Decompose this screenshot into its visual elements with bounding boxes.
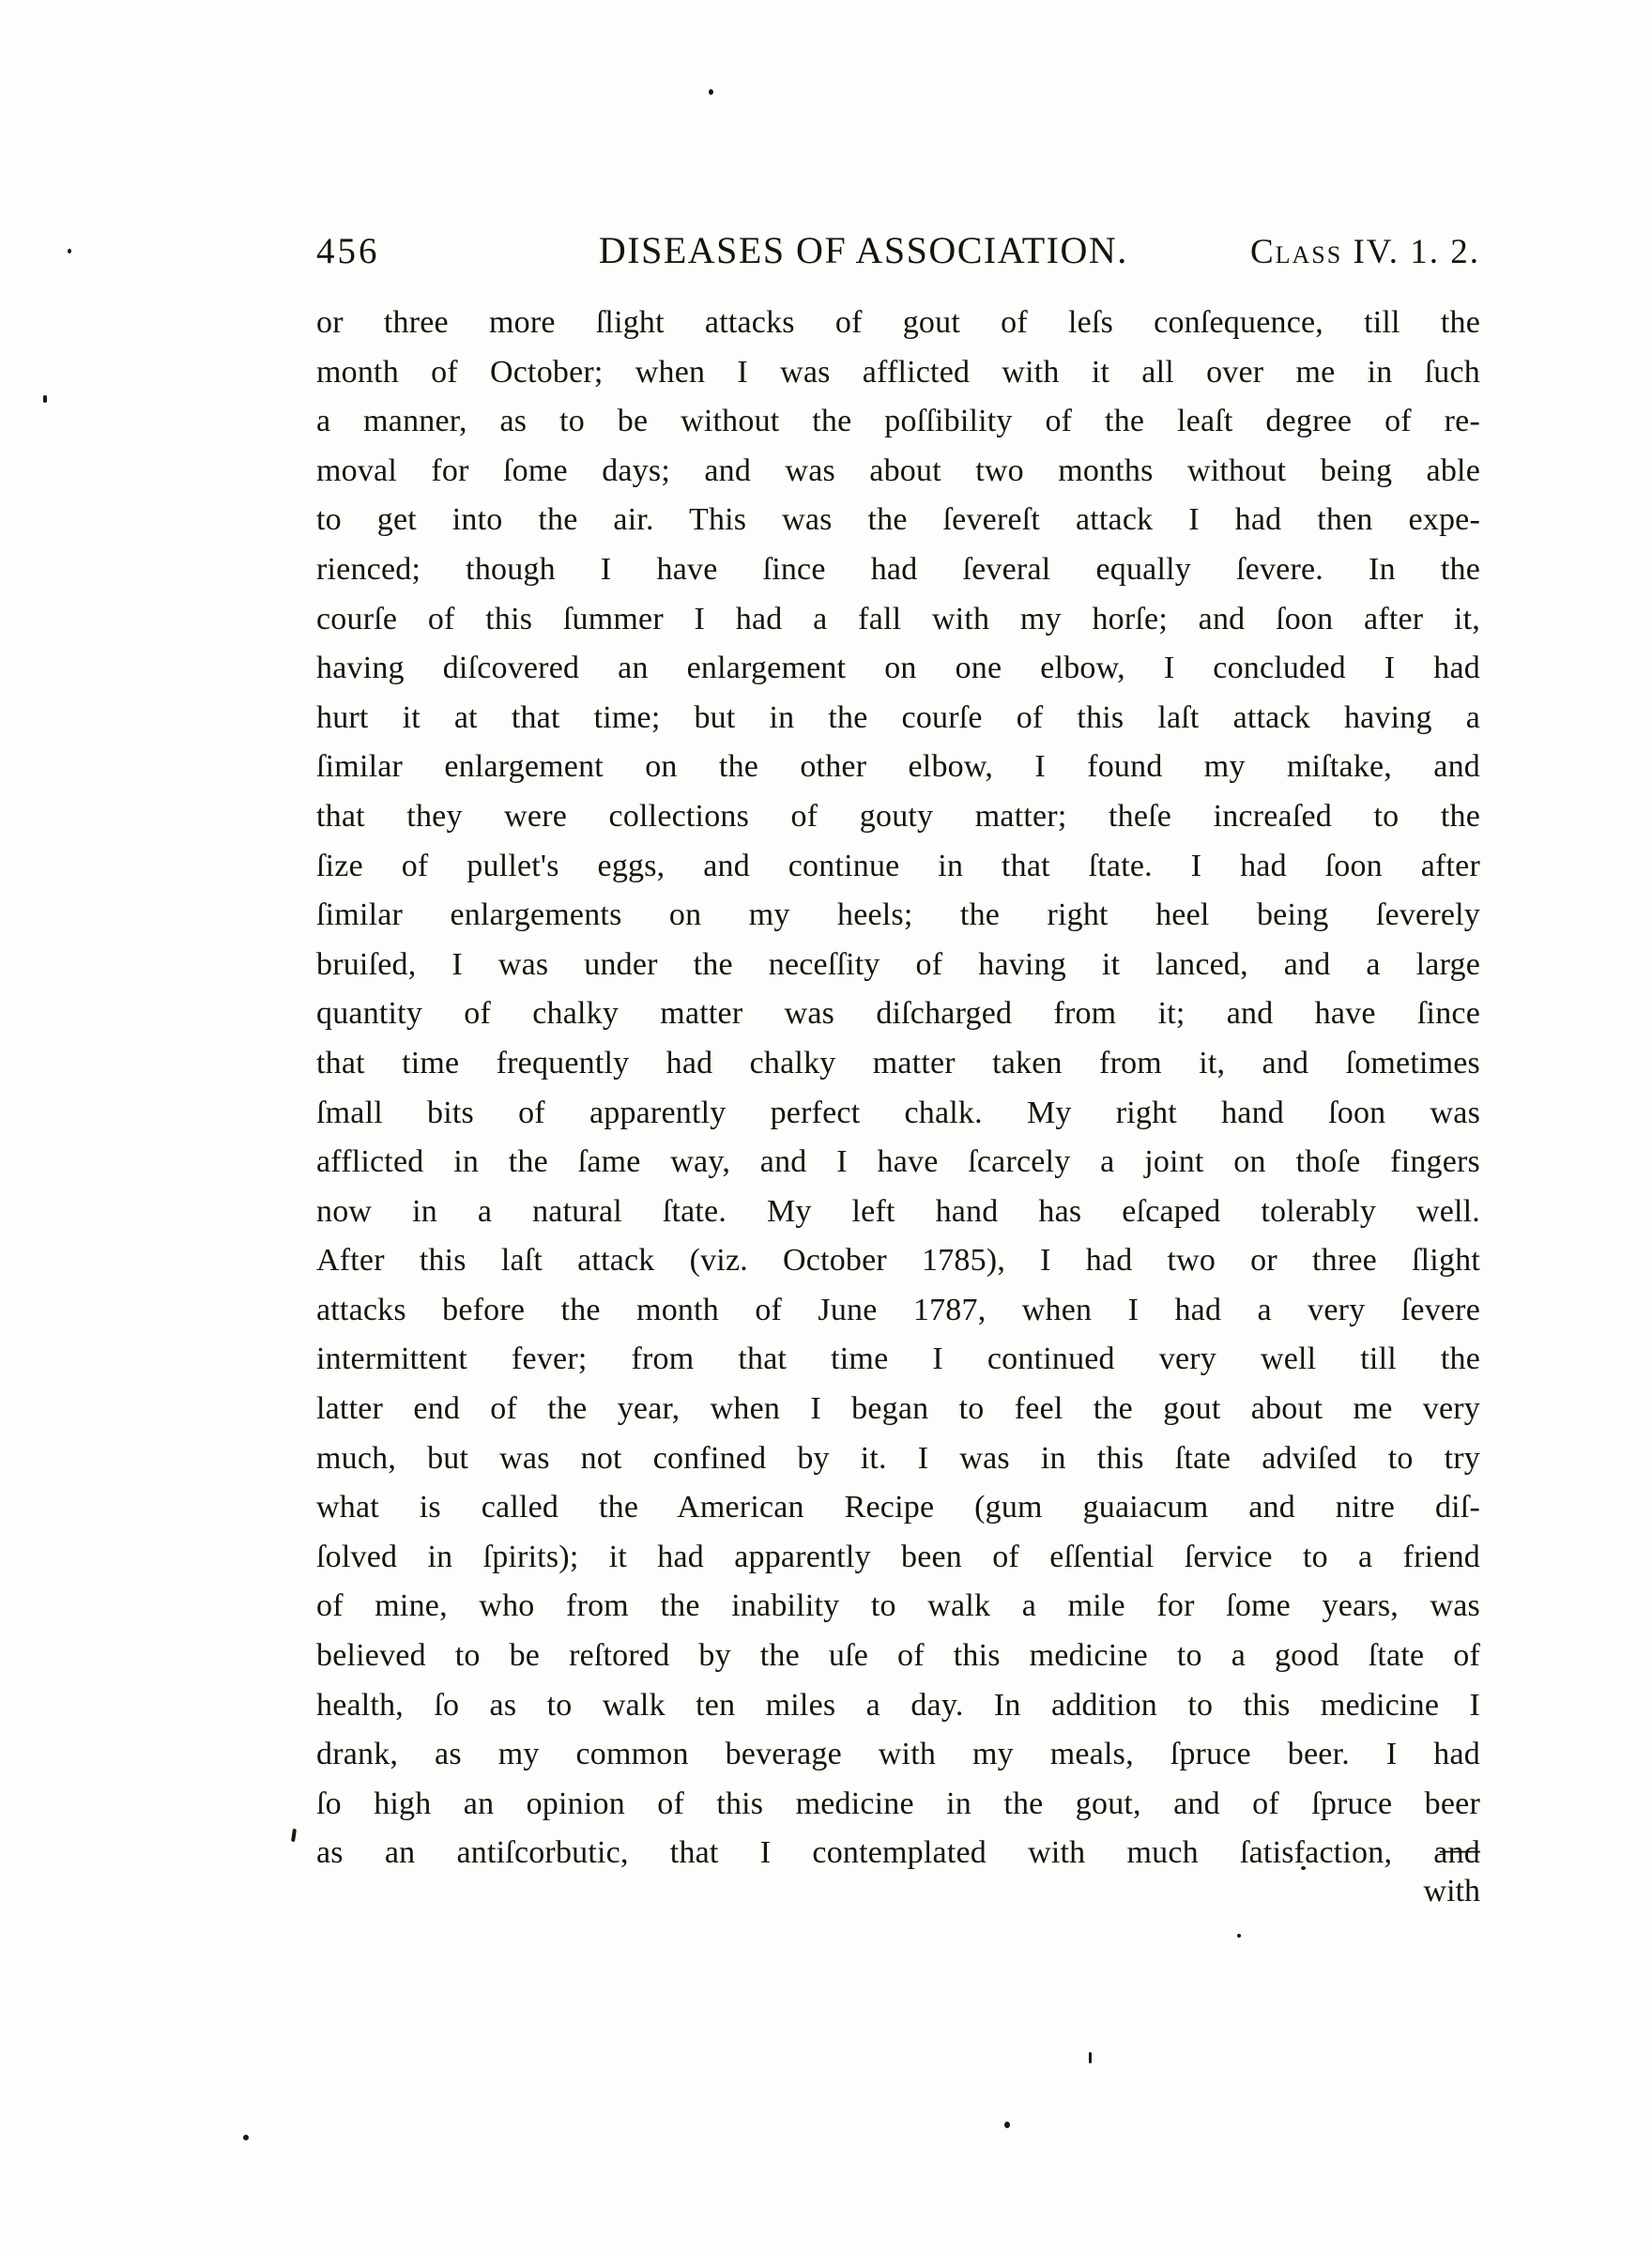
text-line: courſe of this ſummer I had a fall with … [316,595,1480,645]
text-line: ſolved in ſpirits); it had apparently be… [316,1533,1480,1583]
catchword: with [1424,1874,1480,1908]
text-line: ſo high an opinion of this medicine in t… [316,1780,1480,1830]
ink-speck [1089,2052,1092,2063]
text-line: latter end of the year, when I began to … [316,1385,1480,1434]
text-line: drank, as my common beverage with my mea… [316,1730,1480,1780]
ink-speck [243,2135,249,2140]
text-line: that they were collections of gouty matt… [316,792,1480,842]
ink-speck [1301,1866,1306,1870]
text-line: of mine, who from the inability to walk … [316,1582,1480,1632]
running-title: DISEASES OF ASSOCIATION. [599,228,1128,272]
text-line: that time frequently had chalky matter t… [316,1039,1480,1089]
text-line: having diſcovered an enlargement on one … [316,644,1480,694]
text-line: health, ſo as to walk ten miles a day. I… [316,1681,1480,1731]
text-line: hurt it at that time; but in the courſe … [316,694,1480,743]
text-line: quantity of chalky matter was diſcharged… [316,989,1480,1039]
class-mark: Class IV. 1. 2. [1250,232,1480,272]
text-line: as an antiſcorbutic, that I contemplated… [316,1829,1480,1878]
catchword-row: with [316,1873,1480,1910]
ink-speck [1004,2122,1010,2128]
text-line: attacks before the month of June 1787, w… [316,1286,1480,1336]
text-line: afflicted in the ſame way, and I have ſc… [316,1138,1480,1188]
text-line: ſimilar enlargements on my heels; the ri… [316,891,1480,941]
text-line: ſimilar enlargement on the other elbow, … [316,743,1480,792]
text-line: After this laſt attack (viz. October 178… [316,1236,1480,1286]
page-header: 456 DISEASES OF ASSOCIATION. Class IV. 1… [316,220,1480,272]
text-line: month of October; when I was afflicted w… [316,348,1480,398]
ink-speck [291,1829,297,1842]
book-page-scan: 456 DISEASES OF ASSOCIATION. Class IV. 1… [0,0,1652,2253]
text-line: believed to be reſtored by the uſe of th… [316,1632,1480,1681]
text-line: ſmall bits of apparently perfect chalk. … [316,1089,1480,1139]
text-line: now in a natural ſtate. My left hand has… [316,1188,1480,1237]
ink-speck [709,89,713,95]
body-text: or three more ſlight attacks of gout of … [316,299,1480,1878]
ink-speck [68,249,71,253]
text-line: intermittent fever; from that time I con… [316,1335,1480,1385]
page-number: 456 [316,230,380,272]
text-line: moval for ſome days; and was about two m… [316,447,1480,497]
text-line: what is called the American Recipe (gum … [316,1483,1480,1533]
text-line: bruiſed, I was under the neceſſity of ha… [316,941,1480,990]
text-line: rienced; though I have ſince had ſeveral… [316,545,1480,595]
ink-speck [1237,1934,1241,1938]
ink-speck [43,395,47,403]
text-line: to get into the air. This was the ſevere… [316,496,1480,545]
text-line: much, but was not confined by it. I was … [316,1434,1480,1484]
text-line: ſize of pullet's eggs, and continue in t… [316,842,1480,892]
text-line: a manner, as to be without the poſſibili… [316,397,1480,447]
text-line: or three more ſlight attacks of gout of … [316,299,1480,348]
